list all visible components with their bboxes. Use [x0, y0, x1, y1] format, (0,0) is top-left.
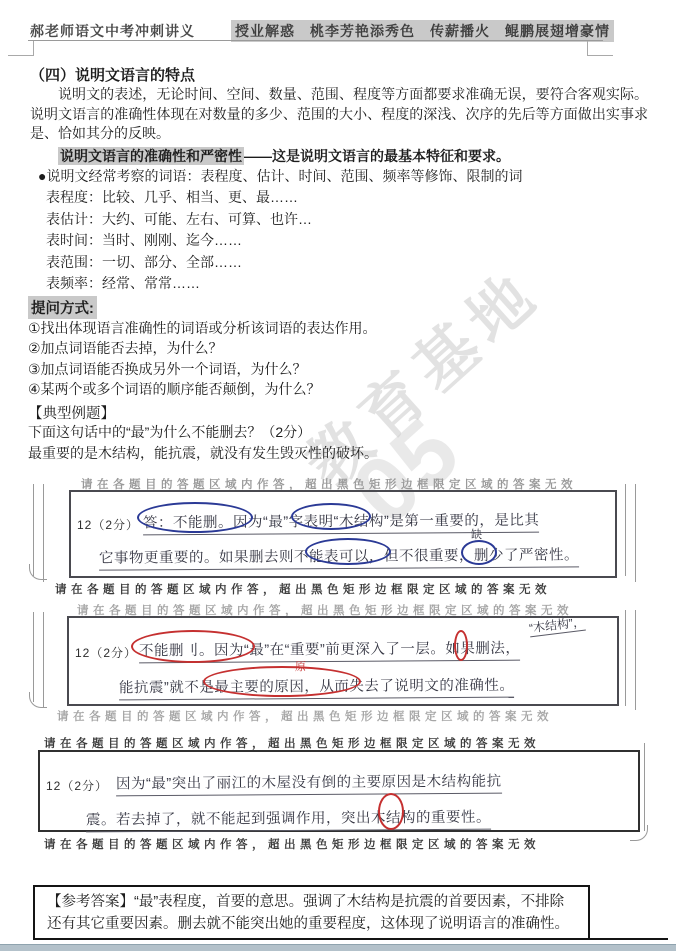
scan-artifact-line — [644, 743, 645, 831]
word-type-frequency: 表频率：经常、常常…… — [46, 273, 312, 295]
ask-heading: 提问方式: — [28, 296, 97, 319]
scan-artifact-line — [625, 484, 626, 576]
sheet1-question-number: 12（2分） — [77, 516, 139, 533]
scanned-answer-sheet-3: 请在各题目的答题区域内作答，超出黑色矩形边框限定区域的答案无效 12（2分） 因… — [30, 733, 646, 853]
header-title: 郝老师语文中考冲刺讲义 — [30, 21, 195, 41]
header-rule — [28, 40, 603, 41]
word-type-time: 表时间：当时、刚刚、迄今…… — [46, 230, 312, 252]
ask-item-1: ①找出体现语言准确性的词语或分析该词语的表达作用。 — [28, 318, 377, 338]
key-point-highlight: 说明文语言的准确性和严密性 — [58, 147, 244, 165]
sheet1-bottom-banner: 请在各题目的答题区域内作答，超出黑色矩形边框限定区域的答案无效 — [55, 581, 551, 597]
scanned-answer-sheet-1: 请在各题目的答题区域内作答，超出黑色矩形边框限定区域的答案无效 12（2分） 答… — [33, 476, 645, 600]
scanned-answer-sheet-2: 请在各题目的答题区域内作答，超出黑色矩形边框限定区域的答案无效 12（2分） 不… — [33, 602, 645, 724]
ask-item-2: ②加点词语能否去掉，为什么？ — [28, 338, 377, 358]
sheet1-blue-circle-mark-4 — [461, 540, 497, 565]
ask-item-3: ③加点词语能否换成另外一个词语，为什么？ — [28, 359, 377, 379]
text-boundary-mark-right — [587, 41, 613, 56]
word-type-list: 表程度：比较、几乎、相当、更、最…… 表估计：大约、可能、左右、可算、也许… 表… — [46, 187, 312, 295]
header-slogan: 授业解惑 桃李芳艳添秀色 传薪播火 鲲鹏展翅增豪情 — [231, 20, 614, 42]
key-point-rest: ——这是说明文语言的最基本特征和要求。 — [244, 148, 510, 164]
sheet2-red-circle-mark-1 — [131, 630, 255, 663]
key-point-line: 说明文语言的准确性和严密性——这是说明文语言的最基本特征和要求。 — [58, 146, 510, 166]
reference-box-bottom-line — [33, 938, 668, 940]
sheet2-red-oval-mark — [454, 630, 468, 661]
scan-artifact-corner — [29, 564, 47, 580]
sheet3-top-banner: 请在各题目的答题区域内作答，超出黑色矩形边框限定区域的答案无效 — [44, 735, 540, 751]
bullet-line: ●说明文经常考察的词语：表程度、估计、时间、范围、频率等修饰、限制的词 — [38, 166, 522, 186]
word-type-scope: 表范围：一切、部分、全部…… — [46, 252, 312, 274]
scan-artifact-line — [33, 612, 34, 702]
sheet1-blue-circle-mark-1 — [137, 502, 253, 533]
scan-artifact-line — [33, 484, 34, 576]
scan-artifact-line — [625, 610, 626, 706]
word-type-degree: 表程度：比较、几乎、相当、更、最…… — [46, 187, 312, 209]
scan-artifact-line — [635, 610, 636, 710]
sheet3-handwriting-line-2: 震。若去掉了，就不能起到强调作用，突出木结构的重要性。 — [86, 806, 491, 833]
section-heading: （四）说明文语言的特点 — [30, 64, 195, 85]
sheet3-question-number: 12（2分） — [46, 777, 108, 794]
scan-artifact-corner — [29, 692, 47, 708]
window-bottom-strip — [0, 944, 676, 951]
example-heading: 【典型例题】 — [28, 402, 115, 423]
sheet2-bottom-banner: 请在各题目的答题区域内作答，超出黑色矩形边框限定区域的答案无效 — [57, 708, 553, 724]
sheet3-red-circle-mark — [378, 793, 404, 830]
text-boundary-mark-left — [8, 41, 34, 56]
example-question: 下面这句话中的“最”为什么不能删去？（2分） — [28, 422, 311, 442]
scan-artifact-line — [635, 484, 636, 582]
sheet2-question-number: 12（2分） — [75, 644, 137, 661]
intro-paragraph: 说明文的表述，无论时间、空间、数量、范围、程度等方面都要求准确无误，要符合客观实… — [30, 85, 648, 144]
ask-item-4: ④某两个或多个词语的顺序能否颠倒，为什么？ — [28, 379, 377, 399]
ask-item-list: ①找出体现语言准确性的词语或分析该词语的表达作用。 ②加点词语能否去掉，为什么？… — [28, 318, 377, 400]
sheet3-bottom-banner: 请在各题目的答题区域内作答，超出黑色矩形边框限定区域的答案无效 — [44, 836, 540, 852]
sheet1-blue-circle-mark-2 — [291, 503, 371, 530]
sheet3-handwriting-line-1: 因为“最”突出了丽江的木屋没有倒的主要原因是木结构能抗 — [116, 770, 502, 797]
sheet1-blue-circle-mark-3 — [305, 538, 391, 565]
word-type-estimate: 表估计：大约、可能、左右、可算、也许… — [46, 209, 312, 231]
document-page: 郝老师语文中考冲刺讲义 授业解惑 桃李芳艳添秀色 传薪播火 鲲鹏展翅增豪情 教育… — [0, 0, 676, 951]
sheet2-red-circle-mark-2 — [203, 666, 361, 697]
reference-answer-text: 【参考答案】“最”表程度，首要的意思。强调了木结构是抗震的首要因素，不排除还有其… — [47, 894, 569, 932]
example-sentence: 最重要的是木结构，能抗震，就没有发生毁灭性的破坏。 — [28, 443, 378, 463]
reference-answer-box: 【参考答案】“最”表程度，首要的意思。强调了木结构是抗震的首要因素，不排除还有其… — [33, 885, 590, 938]
